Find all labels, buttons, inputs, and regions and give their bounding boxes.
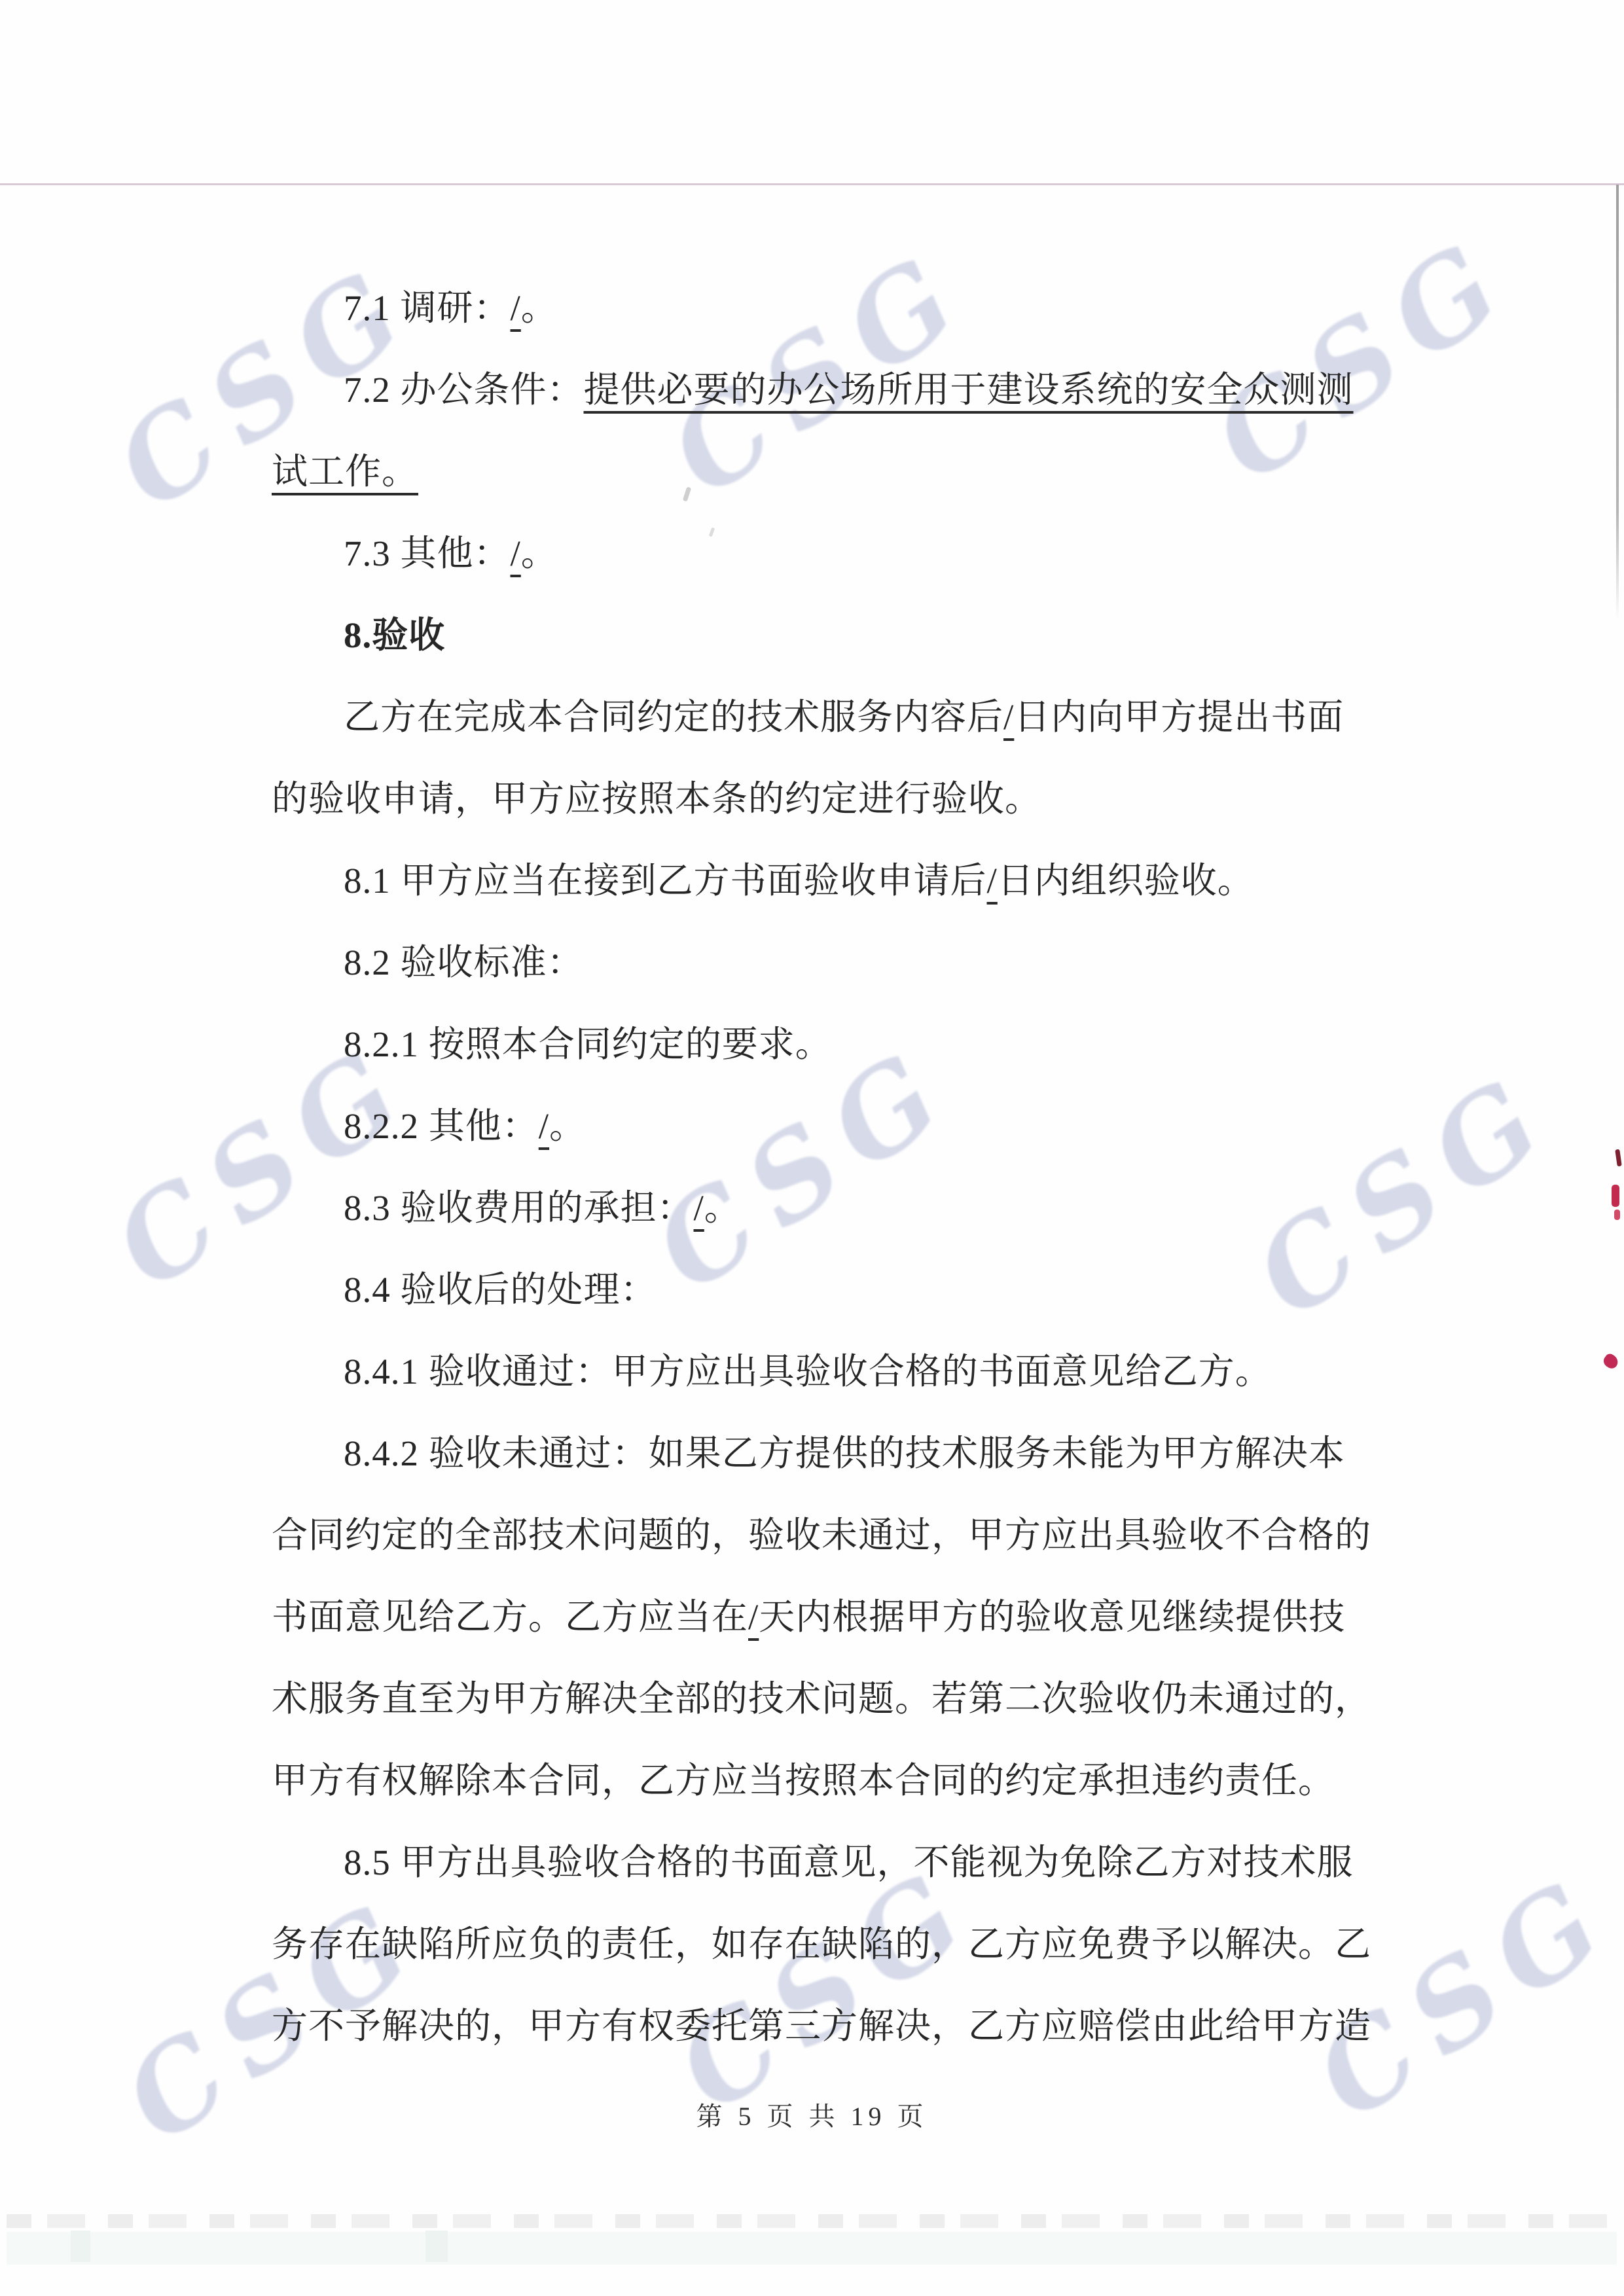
scan-artifact-notch <box>425 2231 448 2262</box>
clause-8-2: 8.2 验收标准： <box>272 922 1388 1003</box>
scan-artifact-notch <box>71 2231 90 2262</box>
red-ink-speck <box>1615 1149 1622 1167</box>
clause-8-5-line-2: 务存在缺陷所应负的责任，如存在缺陷的，乙方应免费予以解决。乙 <box>272 1903 1388 1985</box>
clause-8-3: 8.3 验收费用的承担：/。 <box>272 1167 1388 1249</box>
clause-8-1: 8.1 甲方应当在接到乙方书面验收申请后/日内组织验收。 <box>272 840 1388 922</box>
scan-edge-line <box>1616 185 1619 620</box>
clause-8-5-line-3: 方不予解决的，甲方有权委托第三方解决，乙方应赔偿由此给甲方造 <box>272 1985 1388 2067</box>
clause-8-4-2-line-1: 8.4.2 验收未通过：如果乙方提供的技术服务未能为甲方解决本 <box>272 1412 1388 1494</box>
red-ink-speck <box>1601 1352 1620 1371</box>
clause-8-4-2-line-3: 书面意见给乙方。乙方应当在/天内根据甲方的验收意见继续提供技 <box>272 1576 1388 1658</box>
clause-7-2-line-2: 试工作。 <box>272 431 1388 512</box>
clause-8-4-1: 8.4.1 验收通过：甲方应出具验收合格的书面意见给乙方。 <box>272 1331 1388 1412</box>
page-number: 第 5 页 共 19 页 <box>0 2096 1624 2135</box>
clause-8-intro-line-1: 乙方在完成本合同约定的技术服务内容后/日内向甲方提出书面 <box>272 676 1388 758</box>
scan-artifact-band <box>7 2214 1617 2228</box>
clause-8-4-2-line-4: 术服务直至为甲方解决全部的技术问题。若第二次验收仍未通过的， <box>272 1658 1388 1740</box>
clause-8-2-2: 8.2.2 其他：/。 <box>272 1085 1388 1167</box>
clause-8-intro-line-2: 的验收申请，甲方应按照本条的约定进行验收。 <box>272 758 1388 840</box>
red-ink-speck <box>1614 1210 1620 1220</box>
clause-8-4: 8.4 验收后的处理： <box>272 1249 1388 1331</box>
clause-7-1: 7.1 调研：/。 <box>272 267 1388 349</box>
red-ink-speck <box>1612 1185 1619 1207</box>
contract-body: 7.1 调研：/。 7.2 办公条件：提供必要的办公场所用于建设系统的安全众测测… <box>272 267 1388 2067</box>
clause-7-3: 7.3 其他：/。 <box>272 512 1388 594</box>
section-8-heading: 8.验收 <box>272 594 1388 676</box>
contract-page: CSG CSG CSG CSG CSG CSG CSG CSG CSG 7.1 … <box>0 0 1624 2296</box>
clause-8-2-1: 8.2.1 按照本合同约定的要求。 <box>272 1003 1388 1085</box>
top-divider-line <box>0 183 1624 185</box>
clause-8-5-line-1: 8.5 甲方出具验收合格的书面意见，不能视为免除乙方对技术服 <box>272 1821 1388 1903</box>
clause-8-4-2-line-5: 甲方有权解除本合同，乙方应当按照本合同的约定承担违约责任。 <box>272 1740 1388 1821</box>
scan-artifact-band <box>7 2232 1617 2265</box>
clause-8-4-2-line-2: 合同约定的全部技术问题的，验收未通过，甲方应出具验收不合格的 <box>272 1494 1388 1576</box>
clause-7-2-line-1: 7.2 办公条件：提供必要的办公场所用于建设系统的安全众测测 <box>272 349 1388 431</box>
